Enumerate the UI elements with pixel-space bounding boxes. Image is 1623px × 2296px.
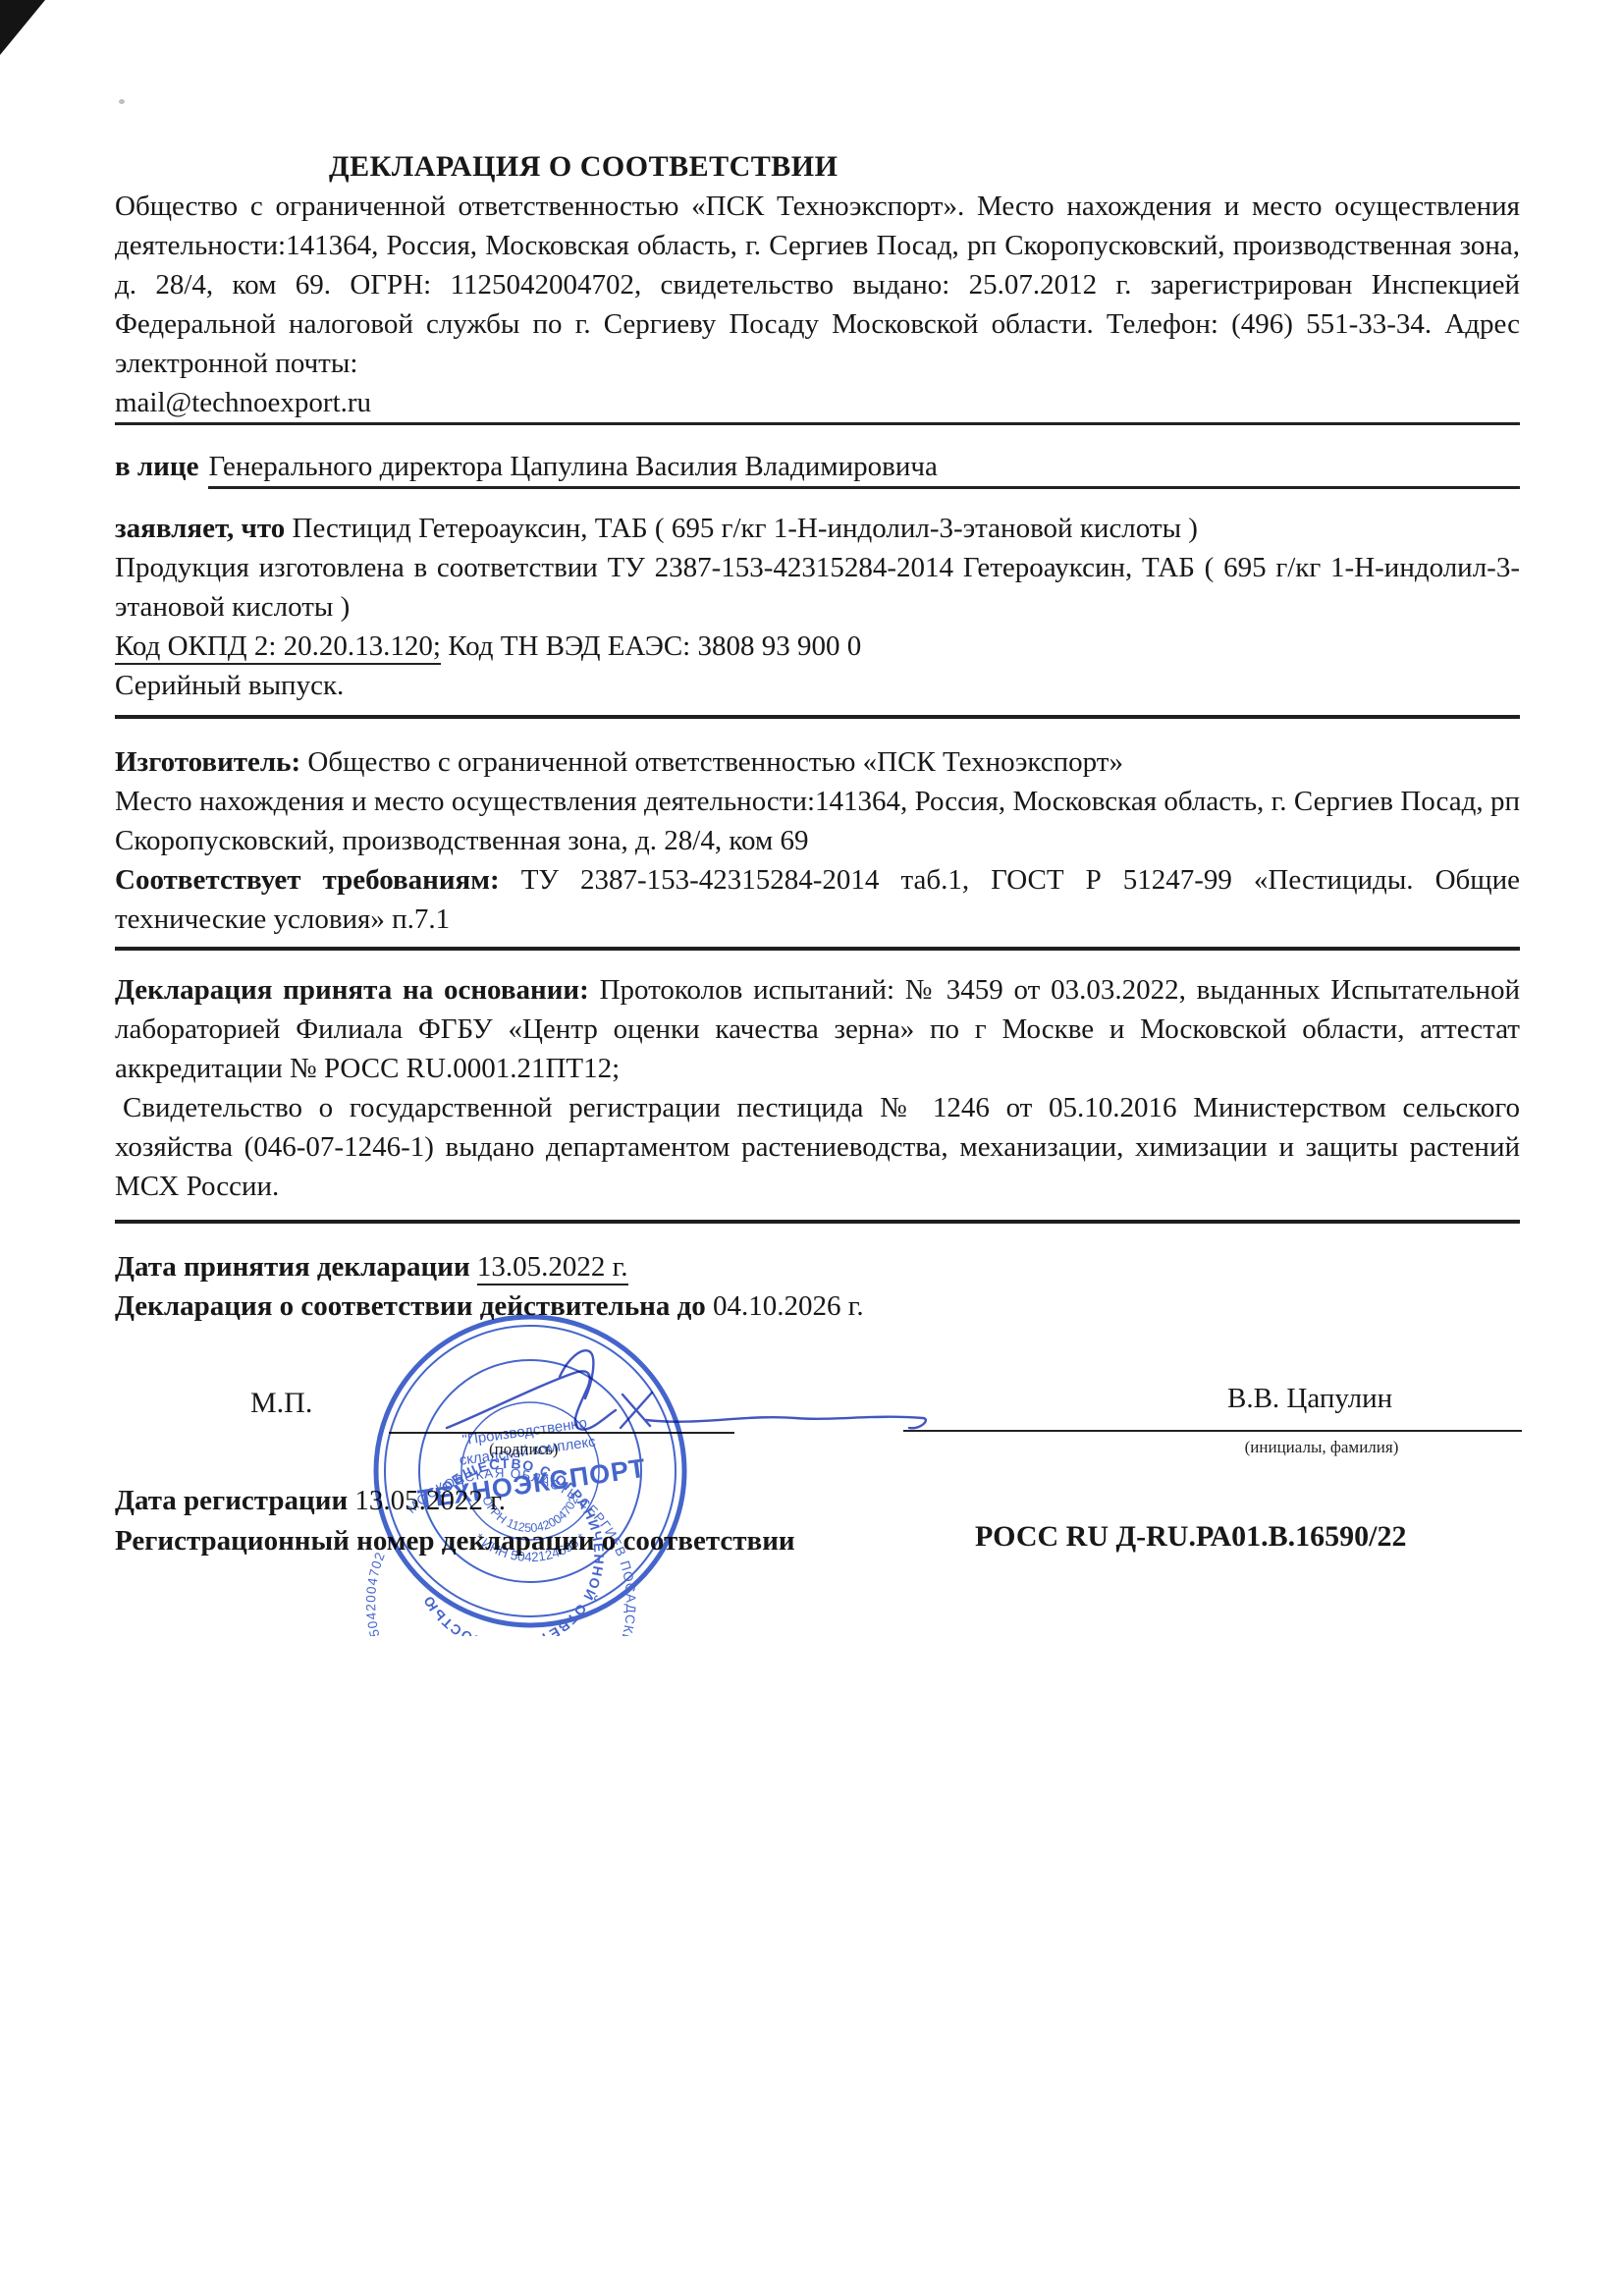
- representative-value: Генерального директора Цапулина Василия …: [208, 447, 1520, 489]
- product-codes-line: Код ОКПД 2: 20.20.13.120; Код ТН ВЭД ЕАЭ…: [115, 627, 1520, 666]
- scan-speck: [119, 99, 125, 104]
- okpd-code: Код ОКПД 2: 20.20.13.120;: [115, 630, 441, 665]
- product-name: Пестицид Гетероауксин, ТАБ ( 695 г/кг 1-…: [293, 513, 1198, 544]
- signer-name: В.В. Цапулин: [1227, 1383, 1392, 1415]
- valid-until-line: Декларация о соответствии действительна …: [115, 1286, 1520, 1326]
- product-made: Продукция изготовлена в соответствии ТУ …: [115, 552, 1520, 623]
- mp-seal-mark: М.П.: [250, 1387, 312, 1420]
- manufacturer-block: Изготовитель: Общество с ограниченной от…: [115, 742, 1520, 939]
- declares-label: заявляет, что: [115, 513, 285, 544]
- basis-label: Декларация принята на основании:: [115, 974, 589, 1006]
- conformity-paragraph: Соответствует требованиям: ТУ 2387-153-4…: [115, 860, 1520, 939]
- applicant-email: mail@technoexport.ru: [115, 387, 371, 418]
- page-title: ДЕКЛАРАЦИЯ О СООТВЕТСТВИИ: [329, 147, 1520, 187]
- conforms-label: Соответствует требованиям:: [115, 864, 500, 896]
- manufacturer-name: Общество с ограниченной ответственностью…: [307, 746, 1123, 778]
- scan-corner-artifact: [0, 0, 45, 55]
- document-content: ДЕКЛАРАЦИЯ О СООТВЕТСТВИИ Общество с огр…: [0, 147, 1623, 1326]
- basis-certificate-paragraph: Свидетельство о государственной регистра…: [115, 1088, 1520, 1206]
- section-divider-3: [115, 1220, 1520, 1224]
- registration-date-label: Дата регистрации: [115, 1485, 348, 1516]
- svg-text:* ИНН 5042124695 *: * ИНН 5042124695 *: [472, 1530, 589, 1564]
- applicant-paragraph: Общество с ограниченной ответственностью…: [115, 187, 1520, 383]
- section-divider-2: [115, 947, 1520, 951]
- stamp-inn-arc-text: * ИНН 5042124695 *: [472, 1530, 589, 1564]
- basis-certificate: Свидетельство о государственной регистра…: [115, 1092, 1520, 1202]
- applicant-email-row: mail@technoexport.ru: [115, 383, 1520, 425]
- basis-protocols-paragraph: Декларация принята на основании: Протоко…: [115, 970, 1520, 1088]
- adoption-date-line: Дата принятия декларации 13.05.2022 г.: [115, 1247, 1520, 1286]
- applicant-text: Общество с ограниченной ответственностью…: [115, 191, 1520, 379]
- basis-block: Декларация принята на основании: Протоко…: [115, 970, 1520, 1206]
- manufacturer-address-paragraph: Место нахождения и место осуществления д…: [115, 782, 1520, 860]
- valid-until-value: 04.10.2026 г.: [713, 1290, 864, 1322]
- registration-number-value: РОСС RU Д-RU.РА01.В.16590/22: [975, 1520, 1406, 1554]
- adoption-date-label: Дата принятия декларации: [115, 1251, 470, 1283]
- serial-line: Серийный выпуск.: [115, 666, 1520, 705]
- declaration-block: заявляет, что Пестицид Гетероауксин, ТАБ…: [115, 509, 1520, 705]
- product-made-paragraph: Продукция изготовлена в соответствии ТУ …: [115, 548, 1520, 627]
- document-page: ДЕКЛАРАЦИЯ О СООТВЕТСТВИИ Общество с огр…: [0, 0, 1623, 2296]
- manufacturer-address: Место нахождения и место осуществления д…: [115, 786, 1520, 856]
- representative-label: в лице: [115, 447, 198, 489]
- manufacturer-label: Изготовитель:: [115, 746, 300, 778]
- tnved-code: Код ТН ВЭД ЕАЭС: 3808 93 900 0: [448, 630, 861, 662]
- representative-row: в лице Генерального директора Цапулина В…: [115, 447, 1520, 489]
- signer-name-line: [903, 1430, 1522, 1432]
- product-line: заявляет, что Пестицид Гетероауксин, ТАБ…: [115, 509, 1520, 548]
- adoption-date-value: 13.05.2022 г.: [477, 1251, 628, 1285]
- dates-block: Дата принятия декларации 13.05.2022 г. Д…: [115, 1247, 1520, 1326]
- section-divider-1: [115, 715, 1520, 719]
- manufacturer-line: Изготовитель: Общество с ограниченной от…: [115, 742, 1520, 782]
- signer-name-caption: (инициалы, фамилия): [1233, 1438, 1410, 1457]
- stamp-texts: МОСКОВСКАЯ ОБЛАСТЬ СЕРГИЕВ ПОСАДСКИЙ РАЙ…: [365, 1407, 648, 1636]
- company-stamp: МОСКОВСКАЯ ОБЛАСТЬ СЕРГИЕВ ПОСАДСКИЙ РАЙ…: [365, 1306, 695, 1636]
